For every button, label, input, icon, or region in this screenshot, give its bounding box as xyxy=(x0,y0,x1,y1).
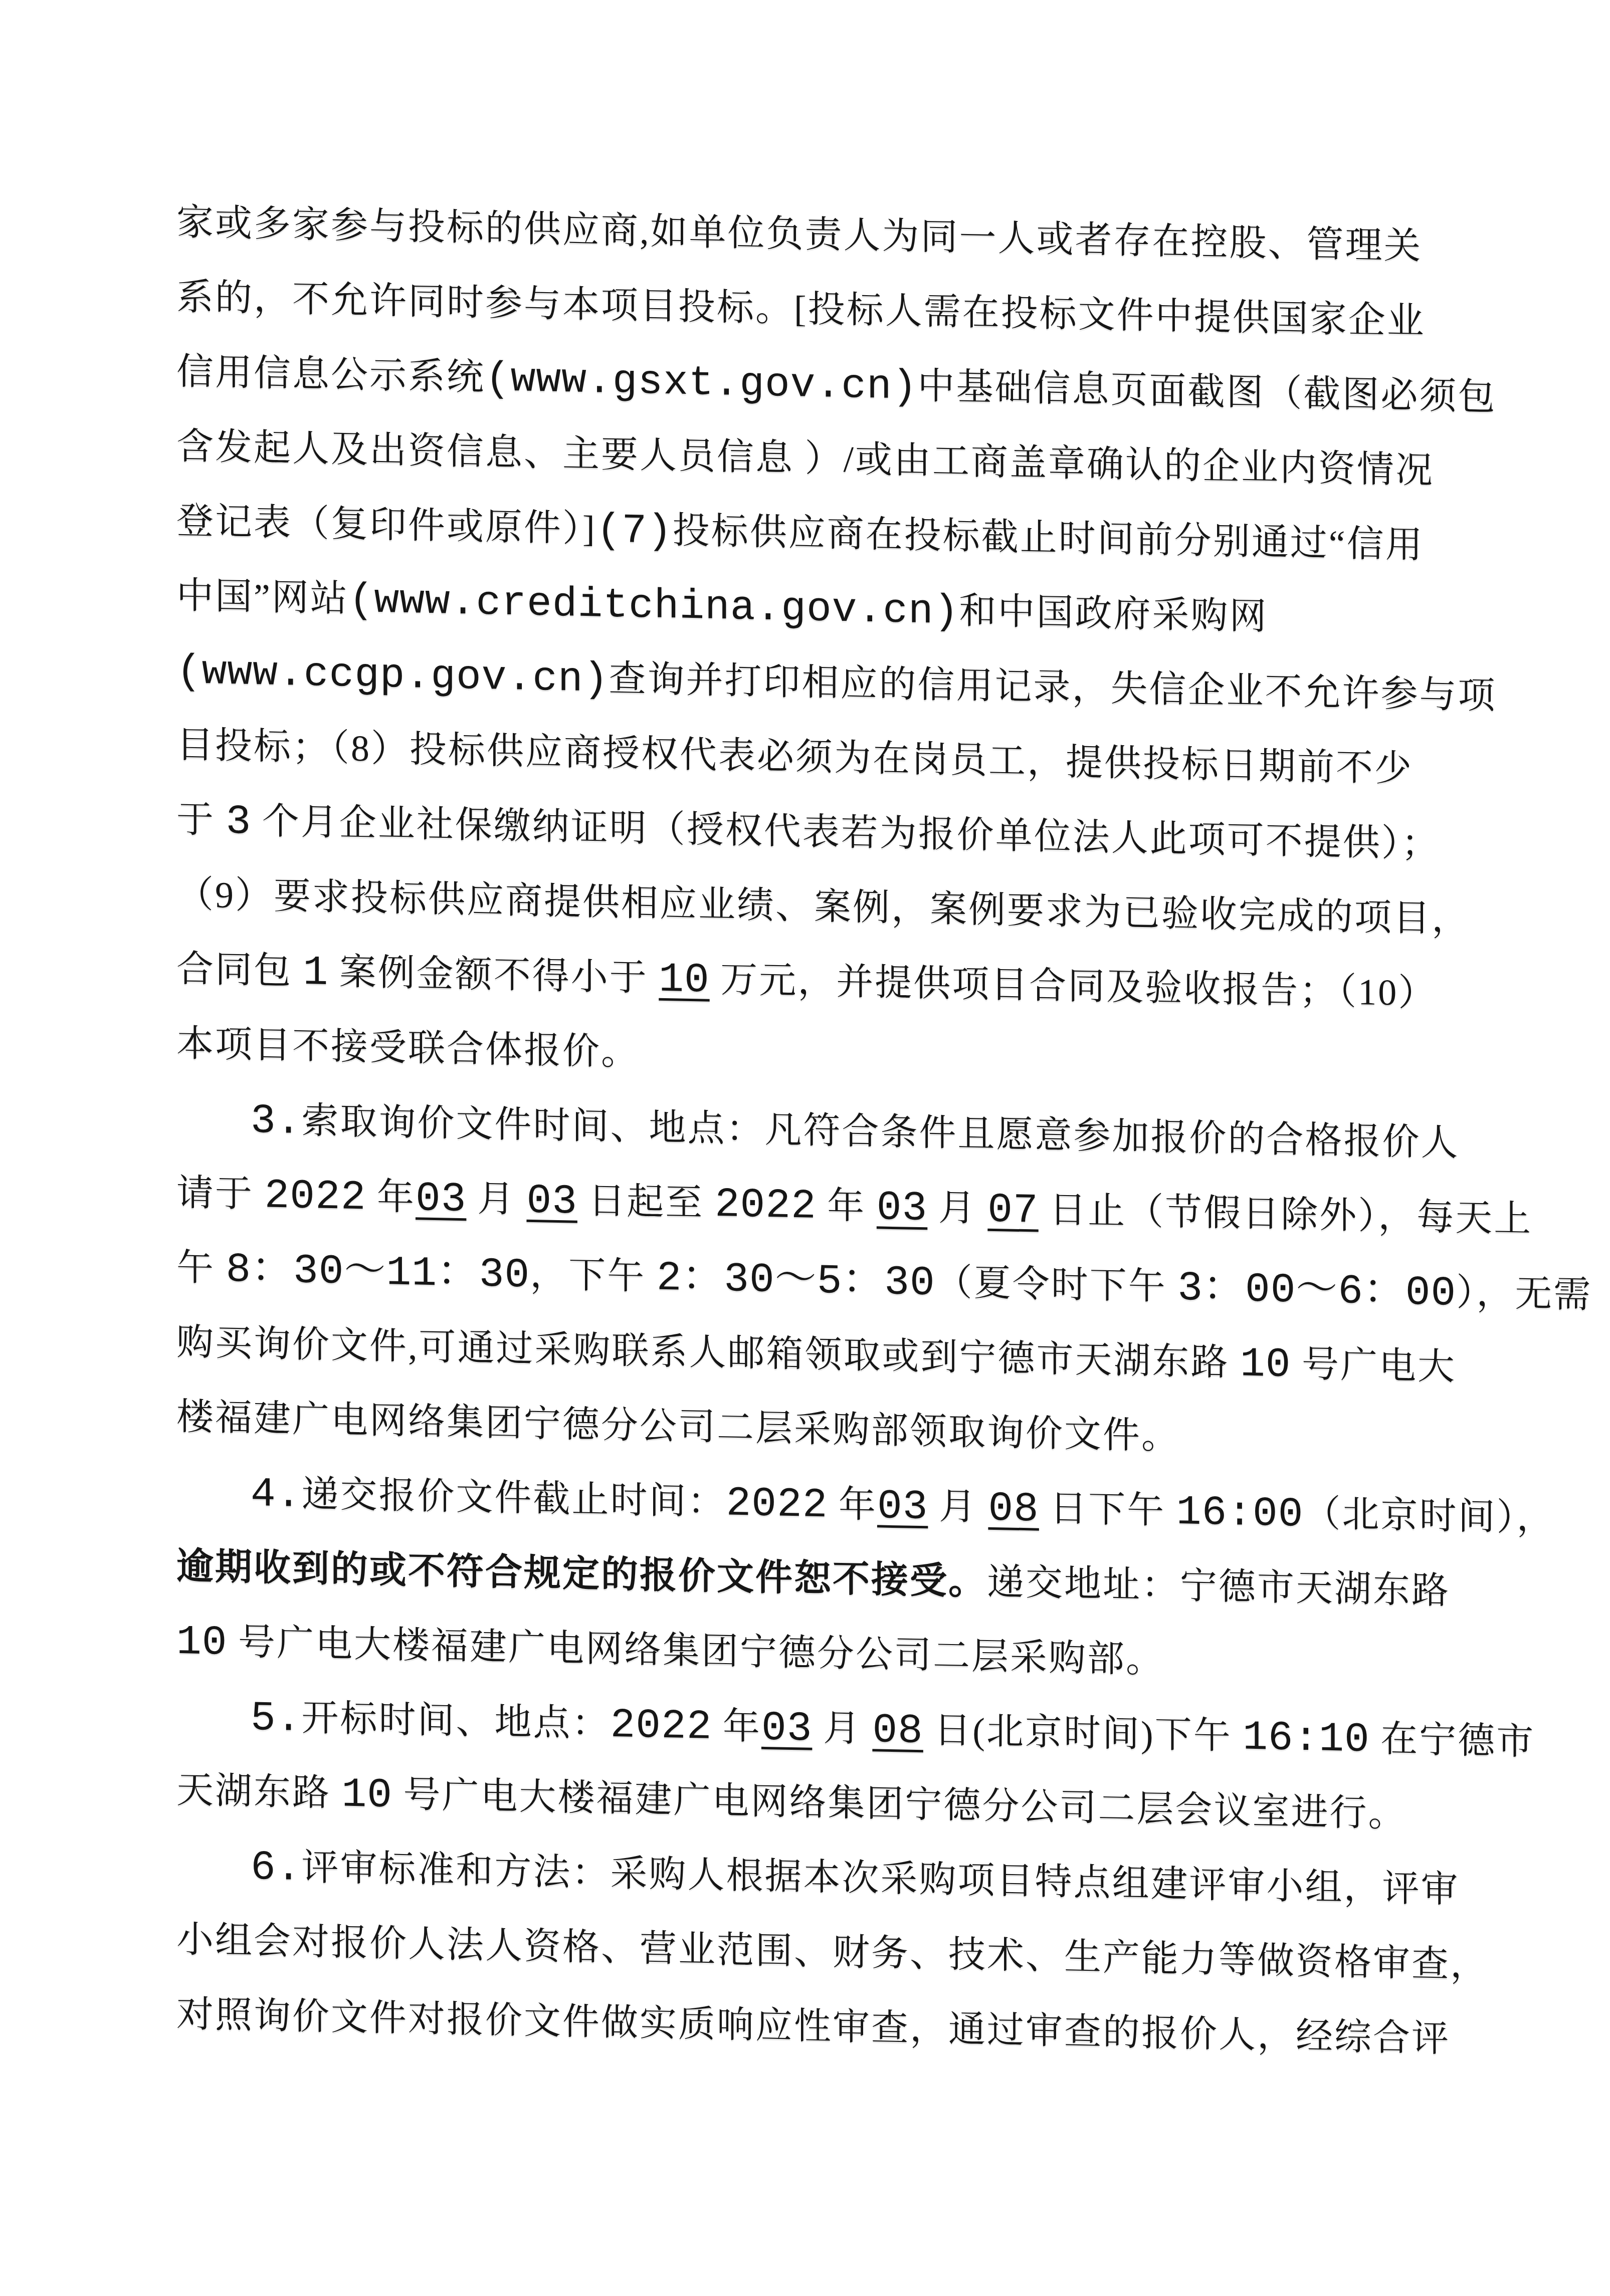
text-segment: 日起至 xyxy=(577,1181,715,1224)
text-segment: 查询并打印相应的信用记录，失信企业不允许参与项 xyxy=(609,658,1496,717)
text-segment: （北京时间）， xyxy=(1304,1493,1555,1539)
text-segment: (7) xyxy=(596,507,673,555)
text-segment: 递交地址：宁德市天湖东路 xyxy=(987,1562,1450,1612)
text-segment: 本项目不接受联合体报价。 xyxy=(176,1023,640,1073)
text-segment: 16:00 xyxy=(1176,1489,1304,1538)
bold-emphasis-text: 逾期收到的或不符合规定的报价文件恕不接受。 xyxy=(176,1546,987,1603)
text-segment: 月 xyxy=(812,1708,872,1750)
text-segment: ，下午 xyxy=(530,1254,657,1298)
text-segment: 月 xyxy=(927,1187,987,1229)
text-segment: 中基础信息页面截图（截图必须包 xyxy=(917,366,1496,418)
text-segment: 递交报价文件截止时间： xyxy=(301,1474,726,1523)
text-segment: （9）要求投标供应商提供相应业绩、案例，案例要求为已验收完成的项目， xyxy=(176,874,1470,940)
text-segment: 索取询价文件时间、地点：凡符合条件且愿意参加报价的合格报价人 xyxy=(301,1100,1459,1164)
text-segment: 家或多家参与投标的供应商,如单位负责人为同一人或者存在控股、管理关 xyxy=(176,202,1423,268)
text-segment: 2022 xyxy=(715,1181,817,1230)
text-segment: 10 xyxy=(176,1619,227,1667)
underlined-value: 10 xyxy=(659,956,709,1004)
underlined-value: 08 xyxy=(872,1707,923,1755)
text-segment: 16:10 xyxy=(1243,1714,1370,1764)
text-segment: 天湖东路 xyxy=(176,1770,342,1814)
text-segment: 2022 xyxy=(610,1702,712,1751)
text-segment: 购买询价文件,可通过采购联系人邮箱领取或到宁德市天湖东路 xyxy=(176,1322,1240,1384)
document-text: 家或多家参与投标的供应商,如单位负责人为同一人或者存在控股、管理关系的，不允许同… xyxy=(176,185,1500,2078)
text-segment: 1 xyxy=(303,949,329,997)
text-segment: 万元，并提供项目合同及验收报告；（10） xyxy=(710,959,1437,1014)
text-segment: 4. xyxy=(251,1471,301,1519)
text-segment: 和中国政府采购网 xyxy=(959,591,1268,638)
text-segment: 午 xyxy=(176,1247,226,1289)
text-segment: 目投标；（8）投标供应商授权代表必须为在岗员工，提供投标日期前不少 xyxy=(176,725,1413,790)
text-segment: 日止（节假日除外），每天上 xyxy=(1039,1190,1533,1240)
text-segment: 对照询价文件对报价文件做实质响应性审查，通过审查的报价人，经综合评 xyxy=(176,1994,1450,2060)
text-segment: 3 xyxy=(226,798,252,846)
text-segment: 系的，不允许同时参与本项目投标。[投标人需在投标文件中提供国家企业 xyxy=(176,277,1426,342)
text-segment: 投标供应商在投标截止时间前分别通过“信用 xyxy=(673,510,1424,566)
text-segment: 年 xyxy=(817,1185,877,1227)
text-segment: 3：00～6：00 xyxy=(1177,1265,1456,1317)
text-segment: 年 xyxy=(828,1484,877,1526)
text-segment: 号广电大楼福建广电网络集团宁德分公司二层采购部。 xyxy=(227,1622,1164,1681)
text-segment: 5. xyxy=(251,1695,301,1743)
underlined-value: 03 xyxy=(526,1178,577,1226)
text-segment: 评审标准和方法：采购人根据本次采购项目特点组建评审小组，评审 xyxy=(301,1847,1459,1911)
text-segment: 合同包 xyxy=(176,949,303,992)
text-segment: 楼福建广电网络集团宁德分公司二层采购部领取询价文件。 xyxy=(176,1397,1180,1457)
text-segment: 个月企业社保缴纳证明（授权代表若为报价单位法人此项可不提供）； xyxy=(251,801,1440,865)
text-segment: 年 xyxy=(366,1176,416,1218)
text-segment: 2：30～5：30 xyxy=(657,1255,935,1307)
text-segment: 3. xyxy=(251,1097,301,1145)
underlined-value: 03 xyxy=(416,1175,466,1223)
text-segment: 8：30～11：30 xyxy=(226,1246,530,1299)
text-segment: （夏令时下午 xyxy=(935,1262,1178,1308)
text-segment: 小组会对报价人法人资格、营业范围、财务、技术、生产能力等做资格审查， xyxy=(176,1919,1489,1986)
underlined-value: 03 xyxy=(877,1483,928,1531)
text-segment: 号广电大楼福建广电网络集团宁德分公司二层会议室进行。 xyxy=(392,1774,1407,1835)
text-segment: (www.creditchina.gov.cn) xyxy=(349,577,959,636)
text-segment: 信用信息公示系统 xyxy=(176,351,485,398)
text-segment: 中国”网站 xyxy=(176,575,349,620)
underlined-value: 07 xyxy=(987,1187,1038,1235)
text-segment: 日(北京时间)下午 xyxy=(923,1710,1243,1757)
text-segment: 含发起人及出资信息、主要人员信息 ）/或由工商盖章确认的企业内资情况 xyxy=(176,426,1434,492)
text-segment: 月 xyxy=(928,1486,988,1528)
underlined-value: 03 xyxy=(877,1184,927,1232)
text-segment: 请于 xyxy=(176,1173,265,1215)
text-segment: 10 xyxy=(1240,1340,1291,1389)
text-segment: 6. xyxy=(251,1844,301,1892)
text-segment: 号广电大 xyxy=(1291,1343,1456,1388)
text-segment: (www.ccgp.gov.cn) xyxy=(176,648,609,704)
text-segment: 案例金额不得小于 xyxy=(328,952,659,999)
text-segment: 月 xyxy=(466,1178,526,1220)
text-segment: 2022 xyxy=(726,1480,828,1529)
underlined-value: 03 xyxy=(761,1705,812,1753)
text-segment: 年 xyxy=(712,1706,761,1748)
text-segment: 10 xyxy=(342,1771,392,1819)
text-segment: 2022 xyxy=(265,1172,366,1221)
text-segment: ），无需 xyxy=(1456,1272,1592,1316)
scanned-document-page: 家或多家参与投标的供应商,如单位负责人为同一人或者存在控股、管理关系的，不允许同… xyxy=(0,0,1610,2296)
text-segment: 在宁德市 xyxy=(1370,1719,1535,1763)
underlined-value: 08 xyxy=(988,1485,1039,1533)
text-segment: (www.gsxt.gov.cn) xyxy=(485,355,917,411)
text-segment: 日下午 xyxy=(1039,1488,1176,1532)
text-segment: 登记表（复印件或原件）] xyxy=(176,501,596,550)
text-segment: 于 xyxy=(176,799,226,841)
text-segment: 开标时间、地点： xyxy=(301,1698,610,1745)
